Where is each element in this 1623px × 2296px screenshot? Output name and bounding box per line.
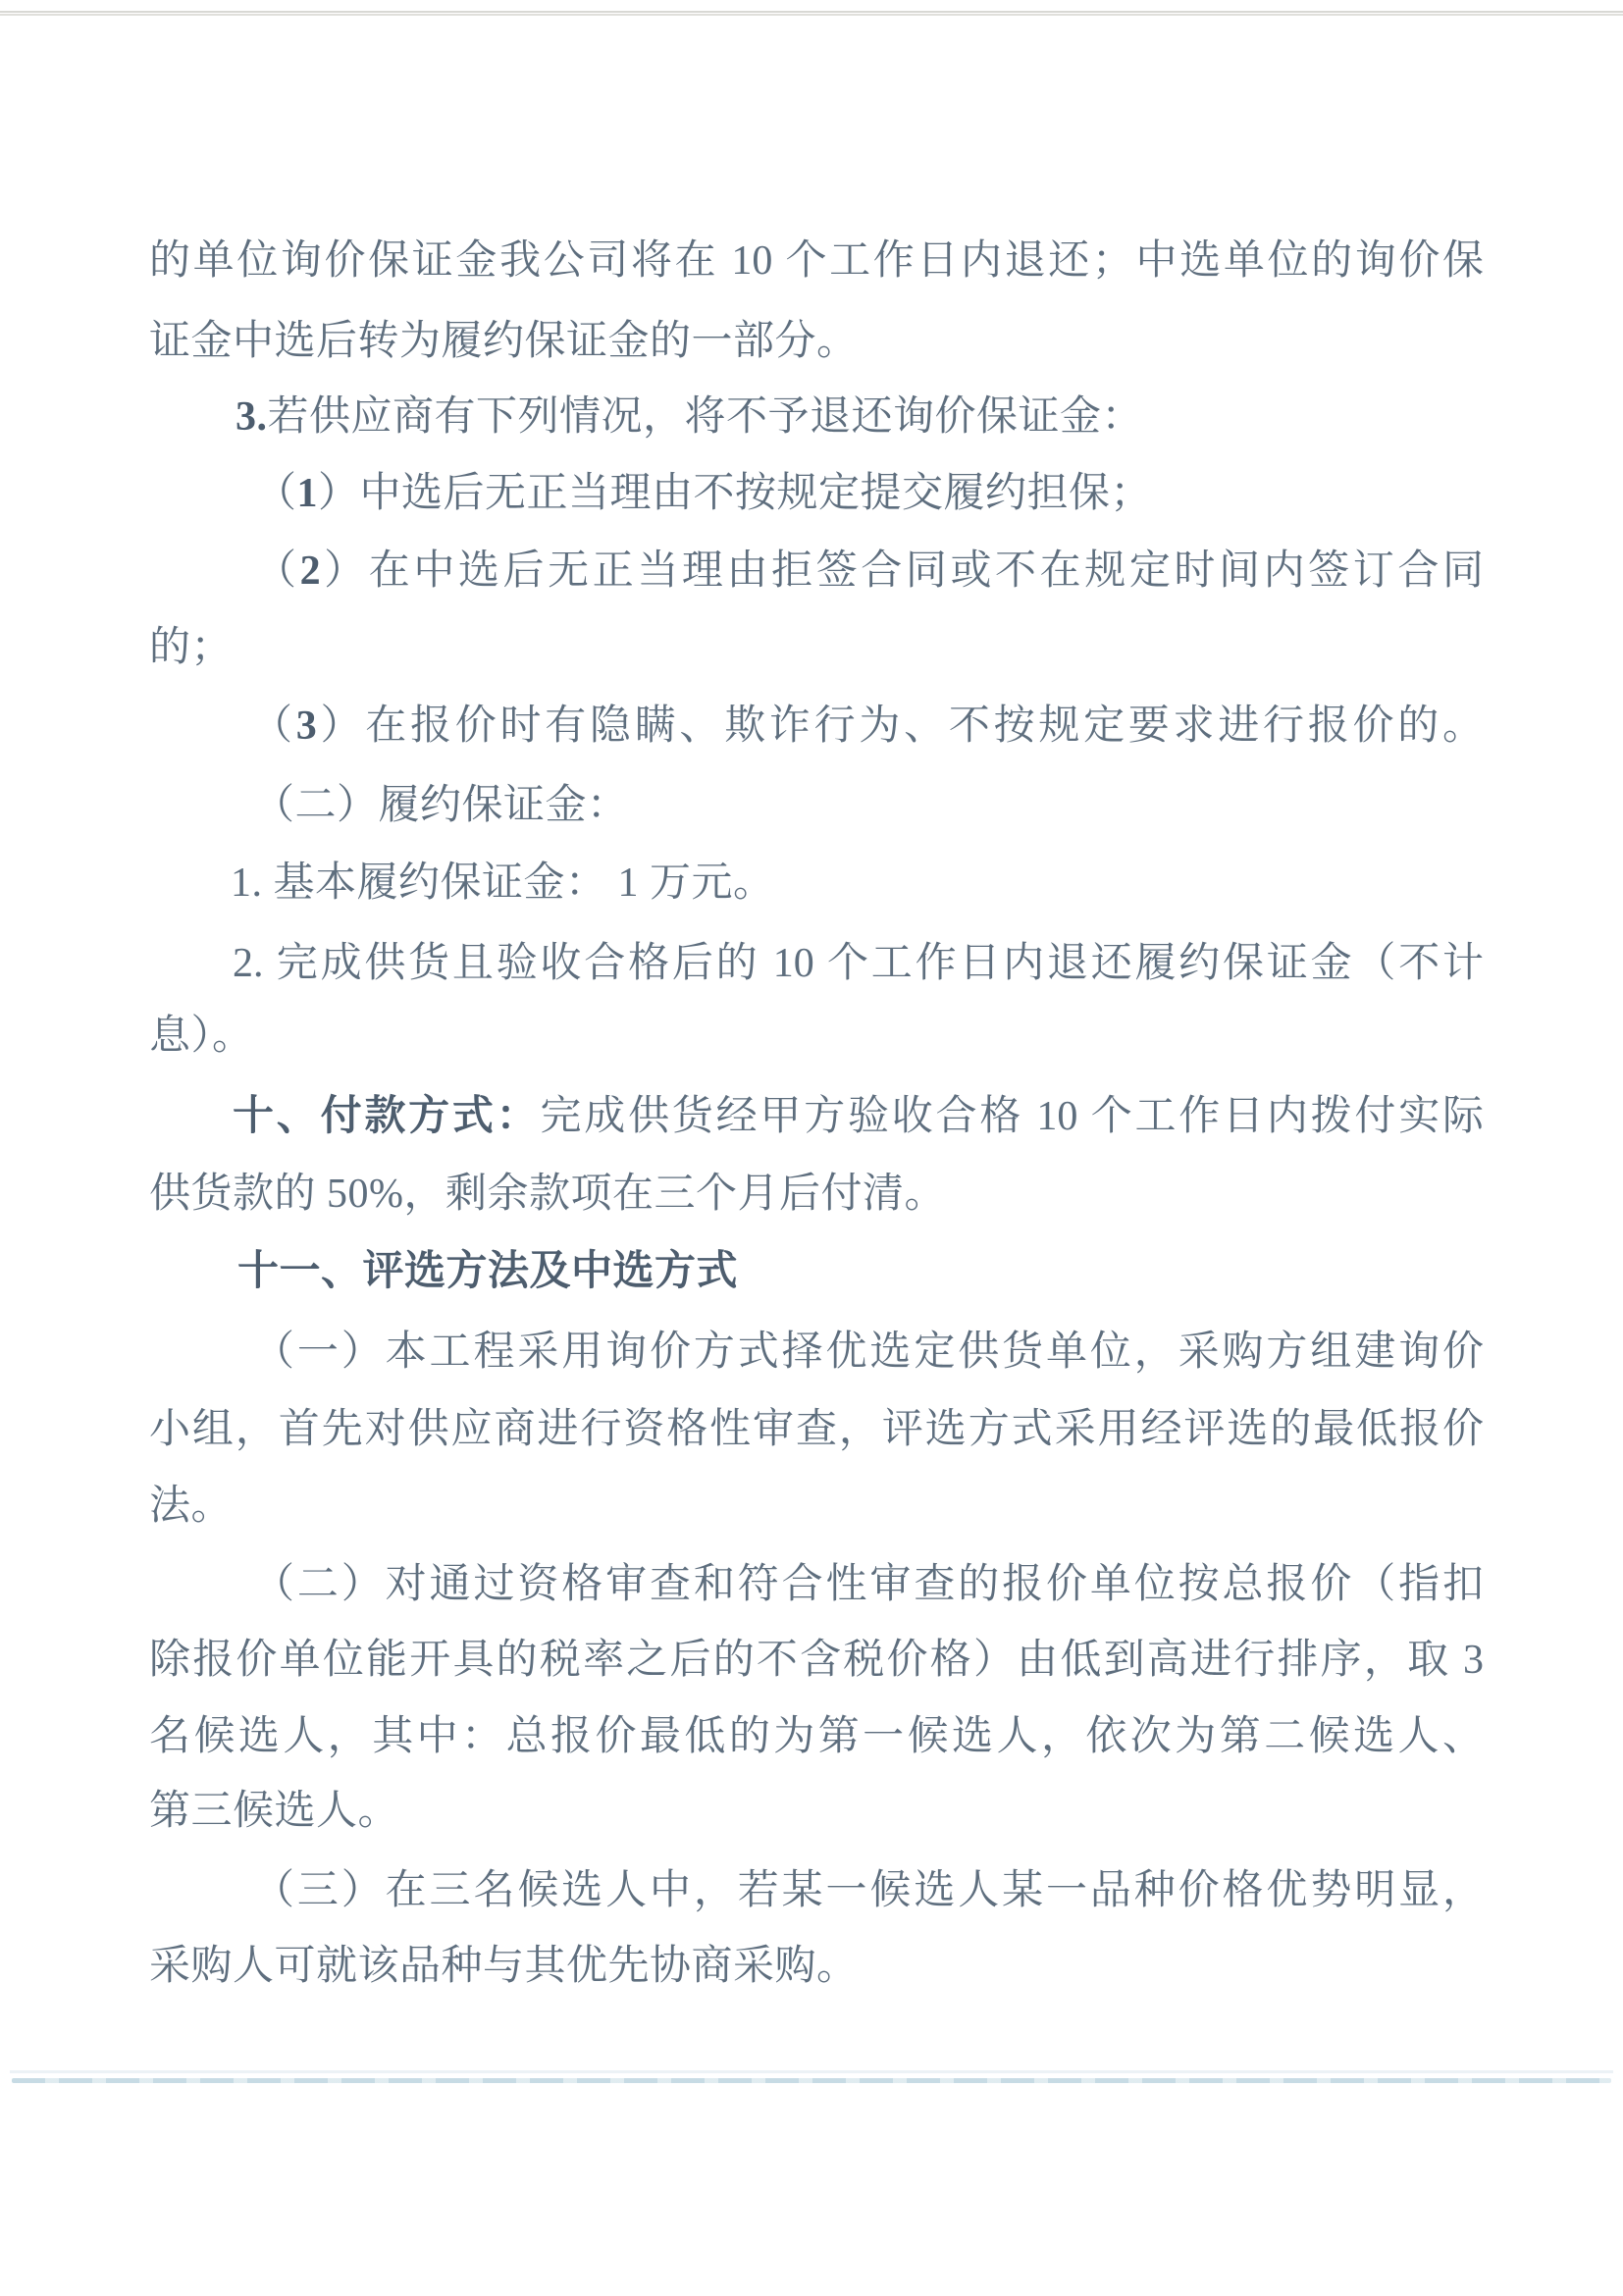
text-line: 1. 基本履约保证金： 1 万元。 bbox=[231, 858, 775, 909]
text-segment: ）在报价时有隐瞒、欺诈行为、不按规定要求进行报价的。 bbox=[317, 704, 1484, 749]
text-segment: （三）在三名候选人中，若某一候选人某一品种价格优势明显， bbox=[253, 1868, 1484, 1913]
scan-artifact-top-line bbox=[0, 11, 1623, 16]
text-segment: 若供应商有下列情况，将不予退还询价保证金： bbox=[268, 394, 1144, 440]
text-segment: 的单位询价保证金我公司将在 10 个工作日内退还；中选单位的询价保 bbox=[149, 238, 1484, 284]
text-line: （二）履约保证金： bbox=[253, 780, 629, 831]
document-page: 的单位询价保证金我公司将在 10 个工作日内退还；中选单位的询价保证金中选后转为… bbox=[0, 0, 1623, 2296]
text-segment: 法。 bbox=[149, 1484, 233, 1529]
text-segment: 证金中选后转为履约保证金的一部分。 bbox=[149, 319, 859, 364]
text-line: 供货款的 50%，剩余款项在三个月后付清。 bbox=[149, 1169, 946, 1220]
text-segment: （二）履约保证金： bbox=[253, 783, 629, 828]
text-line: 的； bbox=[149, 622, 233, 673]
text-segment: 息）。 bbox=[149, 1014, 254, 1059]
text-segment: （一）本工程采用询价方式择优选定供货单位，采购方组建询价 bbox=[253, 1330, 1484, 1375]
text-segment: 2. 完成供货且验收合格后的 10 个工作日内退还履约保证金（不计 bbox=[233, 941, 1484, 986]
text-line: 3.若供应商有下列情况，将不予退还询价保证金： bbox=[236, 391, 1143, 443]
text-line: 除报价单位能开具的税率之后的不含税价格）由低到高进行排序，取 3 bbox=[149, 1635, 1484, 1686]
text-line: 十一、评选方法及中选方式 bbox=[237, 1246, 738, 1297]
text-segment: 供货款的 50%，剩余款项在三个月后付清。 bbox=[149, 1172, 946, 1217]
text-segment: 的； bbox=[149, 625, 233, 670]
text-segment-bold: 3. bbox=[236, 394, 268, 440]
text-segment: （二）对通过资格审查和符合性审查的报价单位按总报价（指扣 bbox=[253, 1562, 1484, 1607]
text-segment: 小组，首先对供应商进行资格性审查，评选方式采用经评选的最低报价 bbox=[149, 1407, 1484, 1452]
text-segment: 完成供货经甲方验收合格 10 个工作日内拨付实际 bbox=[541, 1094, 1484, 1139]
text-segment: （ bbox=[251, 704, 296, 749]
text-line: 证金中选后转为履约保证金的一部分。 bbox=[149, 316, 859, 367]
text-segment: ）中选后无正当理由不按规定提交履约担保； bbox=[318, 471, 1152, 516]
text-segment-bold: 十一、评选方法及中选方式 bbox=[237, 1249, 738, 1294]
text-line: （一）本工程采用询价方式择优选定供货单位，采购方组建询价 bbox=[253, 1327, 1484, 1378]
text-line: 名候选人，其中：总报价最低的为第一候选人，依次为第二候选人、 bbox=[149, 1711, 1484, 1762]
text-segment-bold: 3 bbox=[296, 704, 317, 749]
text-line: （3）在报价时有隐瞒、欺诈行为、不按规定要求进行报价的。 bbox=[251, 701, 1484, 752]
scan-artifact-bottom-line bbox=[12, 2078, 1611, 2083]
scan-artifact-bottom-line-faint bbox=[10, 2070, 1613, 2073]
text-segment: 除报价单位能开具的税率之后的不含税价格）由低到高进行排序，取 3 bbox=[149, 1638, 1484, 1683]
text-segment: 名候选人，其中：总报价最低的为第一候选人，依次为第二候选人、 bbox=[149, 1714, 1484, 1759]
text-segment-bold: 1 bbox=[297, 471, 319, 516]
text-segment: （ bbox=[255, 548, 300, 594]
text-line: 的单位询价保证金我公司将在 10 个工作日内退还；中选单位的询价保 bbox=[149, 235, 1484, 287]
text-line: （2）在中选后无正当理由拒签合同或不在规定时间内签订合同 bbox=[255, 546, 1484, 597]
text-line: 采购人可就该品种与其优先协商采购。 bbox=[149, 1941, 859, 1992]
text-line: 法。 bbox=[149, 1481, 233, 1532]
text-segment: 第三候选人。 bbox=[149, 1789, 399, 1834]
text-line: 2. 完成供货且验收合格后的 10 个工作日内退还履约保证金（不计 bbox=[233, 938, 1484, 989]
text-segment-bold: 十、付款方式： bbox=[233, 1094, 541, 1139]
text-line: 息）。 bbox=[149, 1011, 254, 1062]
text-line: （1）中选后无正当理由不按规定提交履约担保； bbox=[255, 468, 1152, 519]
text-segment-bold: 2 bbox=[300, 548, 321, 594]
text-line: （三）在三名候选人中，若某一候选人某一品种价格优势明显， bbox=[253, 1865, 1484, 1916]
text-line: （二）对通过资格审查和符合性审查的报价单位按总报价（指扣 bbox=[253, 1559, 1484, 1610]
text-segment: （ bbox=[255, 471, 297, 516]
text-segment: 采购人可就该品种与其优先协商采购。 bbox=[149, 1944, 859, 1989]
text-line: 小组，首先对供应商进行资格性审查，评选方式采用经评选的最低报价 bbox=[149, 1404, 1484, 1455]
text-segment: 1. 基本履约保证金： 1 万元。 bbox=[231, 861, 775, 906]
text-line: 第三候选人。 bbox=[149, 1786, 399, 1837]
text-line: 十、付款方式：完成供货经甲方验收合格 10 个工作日内拨付实际 bbox=[233, 1091, 1484, 1142]
text-segment: ）在中选后无正当理由拒签合同或不在规定时间内签订合同 bbox=[321, 548, 1484, 594]
